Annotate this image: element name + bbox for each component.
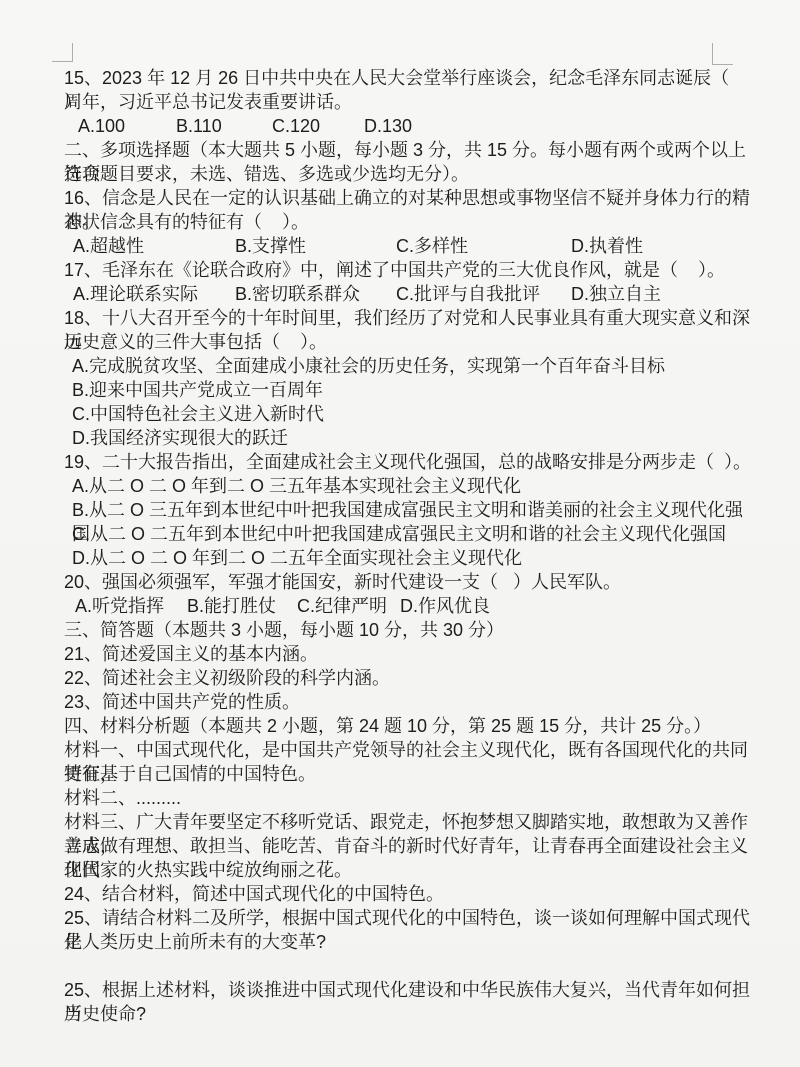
blank-line <box>64 954 758 978</box>
material-1-line-1: 材料一、中国式现代化，是中国共产党领导的社会主义现代化，既有各国现代化的共同特征… <box>64 738 758 762</box>
q15-option-b: B.110 <box>176 114 272 138</box>
q19-line-1: 19、二十大报告指出，全面建成社会主义现代化强国，总的战略安排是分两步走（ ）。 <box>64 450 758 474</box>
q18-option-d: D.我国经济实现很大的跃迁 <box>64 426 758 450</box>
q15-option-a: A.100 <box>78 114 176 138</box>
crop-mark-top-right <box>712 43 733 65</box>
q15-line-1: 15、2023 年 12 月 26 日中共中央在人民大会堂举行座谈会，纪念毛泽东… <box>64 66 758 90</box>
q16-line-2: 态。信念具有的特征有（ ）。 <box>64 210 758 234</box>
q20-option-b: B.能打胜仗 <box>187 594 297 618</box>
material-3-line-3: 化国家的火热实践中绽放绚丽之花。 <box>64 858 758 882</box>
material-1-line-2: 更有基于自己国情的中国特色。 <box>64 762 758 786</box>
q15-option-d: D.130 <box>364 114 758 138</box>
q17-option-a: A.理论联系实际 <box>73 282 235 306</box>
q23-line-1: 23、简述中国共产党的性质。 <box>64 690 758 714</box>
q22-line-1: 22、简述社会主义初级阶段的科学内涵。 <box>64 666 758 690</box>
q20-options-row: A.听党指挥 B.能打胜仗 C.纪律严明 D.作风优良 <box>64 594 758 618</box>
q20-option-a: A.听党指挥 <box>75 594 187 618</box>
section-4-header: 四、材料分析题（本题共 2 小题，第 24 题 10 分，第 25 题 15 分… <box>64 714 758 738</box>
q15-line-2: 周年，习近平总书记发表重要讲话。 <box>64 90 758 114</box>
q21-line-1: 21、简述爱国主义的基本内涵。 <box>64 642 758 666</box>
q18-line-2: 历史意义的三件大事包括（ ）。 <box>64 330 758 354</box>
q25b-line-2: 历史使命? <box>64 1002 758 1026</box>
q17-option-b: B.密切联系群众 <box>235 282 396 306</box>
q20-line-1: 20、强国必须强军，军强才能国安，新时代建设一支（ ）人民军队。 <box>64 570 758 594</box>
q18-line-1: 18、十八大召开至今的十年时间里，我们经历了对党和人民事业具有重大现实意义和深远 <box>64 306 758 330</box>
q25a-line-1: 25、请结合材料二及所学，根据中国式现代化的中国特色，谈一谈如何理解中国式现代化 <box>64 906 758 930</box>
q17-option-d: D.独立自主 <box>571 282 758 306</box>
q19-option-d: D.从二 O 二 O 年到二 O 二五年全面实现社会主义现代化 <box>64 546 758 570</box>
q19-option-a: A.从二 O 二 O 年到二 O 三五年基本实现社会主义现代化 <box>64 474 758 498</box>
q16-option-b: B.支撑性 <box>235 234 396 258</box>
section-3-header: 三、简答题（本题共 3 小题，每小题 10 分，共 30 分） <box>64 618 758 642</box>
crop-mark-top-left <box>52 43 73 62</box>
exam-paper-page: 15、2023 年 12 月 26 日中共中央在人民大会堂举行座谈会，纪念毛泽东… <box>0 0 800 1067</box>
q24-line-1: 24、结合材料，简述中国式现代化的中国特色。 <box>64 882 758 906</box>
q18-option-b: B.迎来中国共产党成立一百周年 <box>64 378 758 402</box>
section-2-header-line-1: 二、多项选择题（本大题共 5 小题，每小题 3 分，共 15 分。每小题有两个或… <box>64 138 758 162</box>
q17-option-c: C.批评与自我批评 <box>396 282 571 306</box>
q19-option-b: B.从二 O 三五年到本世纪中叶把我国建成富强民主文明和谐美丽的社会主义现代化强… <box>64 498 758 522</box>
q20-option-c: C.纪律严明 <box>297 594 400 618</box>
q16-line-1: 16、信念是人民在一定的认识基础上确立的对某种思想或事物坚信不疑并身体力行的精神… <box>64 186 758 210</box>
material-2-line-1: 材料二、......... <box>64 786 758 810</box>
q25a-line-2: 是人类历史上前所未有的大变革? <box>64 930 758 954</box>
q15-option-c: C.120 <box>272 114 364 138</box>
q16-option-a: A.超越性 <box>73 234 235 258</box>
q18-option-a: A.完成脱贫攻坚、全面建成小康社会的历史任务，实现第一个百年奋斗目标 <box>64 354 758 378</box>
q19-option-c: C.从二 O 二五年到本世纪中叶把我国建成富强民主文明和谐的社会主义现代化强国 <box>64 522 758 546</box>
section-2-header-line-2: 符合题目要求，未选、错选、多选或少选均无分）。 <box>64 162 758 186</box>
q16-option-d: D.执着性 <box>571 234 758 258</box>
q16-options-row: A.超越性 B.支撑性 C.多样性 D.执着性 <box>64 234 758 258</box>
material-3-line-2: 立志做有理想、敢担当、能吃苦、肯奋斗的新时代好青年，让青春再全面建设社会主义现代 <box>64 834 758 858</box>
exam-content: 15、2023 年 12 月 26 日中共中央在人民大会堂举行座谈会，纪念毛泽东… <box>64 66 758 1026</box>
q17-line-1: 17、毛泽东在《论联合政府》中，阐述了中国共产党的三大优良作风，就是（ ）。 <box>64 258 758 282</box>
q25b-line-1: 25、根据上述材料，谈谈推进中国式现代化建设和中华民族伟大复兴，当代青年如何担当 <box>64 978 758 1002</box>
q20-option-d: D.作风优良 <box>400 594 758 618</box>
q15-options-row: A.100 B.110 C.120 D.130 <box>64 114 758 138</box>
material-3-line-1: 材料三、广大青年要坚定不移听党话、跟党走，怀抱梦想又脚踏实地，敢想敢为又善作善成… <box>64 810 758 834</box>
q16-option-c: C.多样性 <box>396 234 571 258</box>
q18-option-c: C.中国特色社会主义进入新时代 <box>64 402 758 426</box>
q17-options-row: A.理论联系实际 B.密切联系群众 C.批评与自我批评 D.独立自主 <box>64 282 758 306</box>
